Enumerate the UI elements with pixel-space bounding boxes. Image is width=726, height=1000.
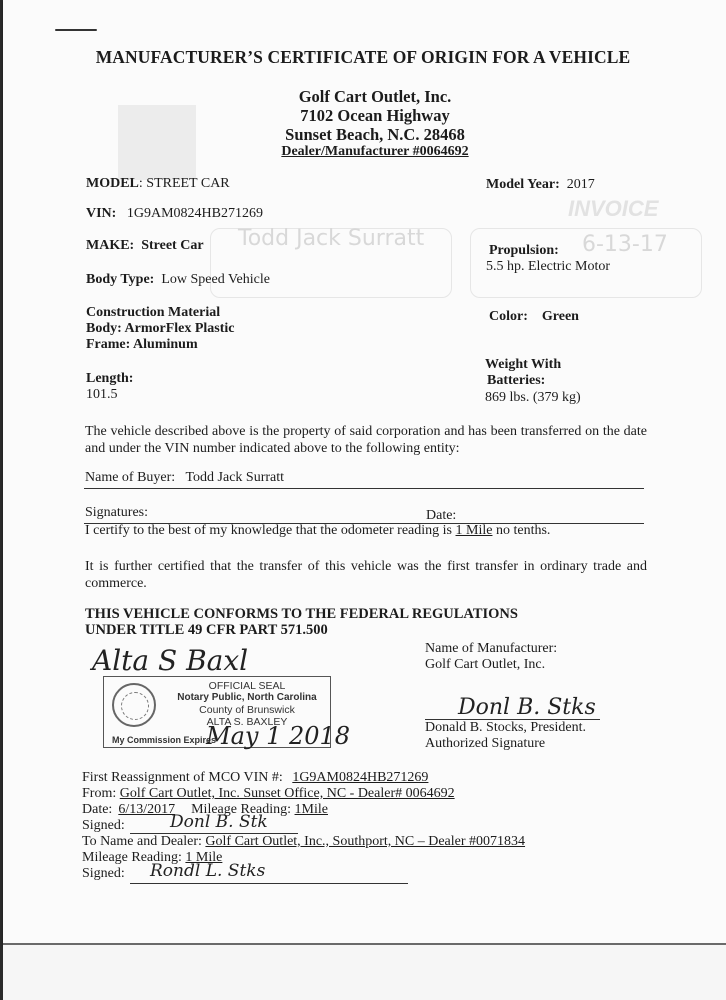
odometer-prefix: I certify to the best of my knowledge th… (85, 523, 452, 538)
body-type-value: Low Speed Vehicle (161, 272, 270, 287)
buyer-value: Todd Jack Surratt (185, 470, 284, 485)
vin-label: VIN: (86, 206, 116, 221)
reassignment-signed2-label: Signed: (82, 866, 125, 882)
reassignment-signed-label: Signed: (82, 818, 125, 834)
reassignment-from-label: From: (82, 786, 116, 801)
length-label: Length: (86, 371, 133, 387)
reassignment-from-field: From: Golf Cart Outlet, Inc. Sunset Offi… (82, 786, 455, 802)
reassignment-vin-value: 1G9AM0824HB271269 (286, 770, 523, 785)
frame-material: Frame: Aluminum (86, 337, 198, 353)
model-value: : STREET CAR (139, 176, 230, 191)
commission-label: My Commission Expires (112, 735, 216, 745)
reassignment-mileage-value: 1Mile (295, 802, 328, 817)
buyer-line (84, 488, 644, 489)
model-label: MODEL (86, 176, 139, 191)
commission-expiry: May 1 2018 (206, 722, 350, 750)
weight-label-line1: Weight With (485, 357, 561, 373)
date-label: Date: (426, 508, 456, 524)
conformity-line2: UNDER TITLE 49 CFR PART 571.500 (85, 622, 328, 639)
model-year-label: Model Year: (486, 177, 560, 192)
reassignment-date-label: Date: (82, 802, 112, 817)
reassignment-from-value: Golf Cart Outlet, Inc. Sunset Office, NC… (120, 786, 455, 801)
make-label: MAKE: (86, 238, 134, 253)
body-type-label: Body Type: (86, 272, 154, 287)
odometer-statement: I certify to the best of my knowledge th… (85, 523, 550, 539)
transfer-statement: The vehicle described above is the prope… (85, 423, 647, 457)
reassignment-to-field: To Name and Dealer: Golf Cart Outlet, In… (82, 834, 525, 850)
buyer-label: Name of Buyer: (85, 470, 175, 485)
seal-line2: Notary Public, North Carolina (164, 692, 330, 704)
length-value: 101.5 (86, 387, 118, 403)
company-name: Golf Cart Outlet, Inc. (0, 87, 726, 107)
company-address-line1: 7102 Ocean Highway (0, 106, 726, 126)
model-year-field: Model Year: 2017 (486, 177, 595, 193)
scan-background (3, 945, 726, 1000)
document-title: MANUFACTURER’S CERTIFICATE OF ORIGIN FOR… (0, 47, 726, 68)
odometer-value: 1 Mile (456, 523, 493, 538)
reassignment-vin-field: First Reassignment of MCO VIN #: 1G9AM08… (82, 770, 523, 786)
weight-value: 869 lbs. (379 kg) (485, 390, 581, 406)
reassignment-vin-label: First Reassignment of MCO VIN #: (82, 770, 283, 785)
signatures-label: Signatures: (85, 505, 148, 521)
odometer-suffix: no tenths. (496, 523, 550, 538)
seal-line1: OFFICIAL SEAL (164, 680, 330, 692)
propulsion-value: 5.5 hp. Electric Motor (486, 259, 610, 275)
conformity-line1: THIS VEHICLE CONFORMS TO THE FEDERAL REG… (85, 606, 518, 623)
weight-label-line2: Batteries: (487, 373, 545, 389)
make-field: MAKE: Street Car (86, 238, 204, 254)
state-seal-icon (112, 683, 156, 727)
buyer-field: Name of Buyer: Todd Jack Surratt (85, 470, 284, 486)
vin-value: 1G9AM0824HB271269 (127, 206, 263, 221)
body-material: Body: ArmorFlex Plastic (86, 321, 235, 337)
manufacturer-signer: Donald B. Stocks, President. (425, 720, 586, 736)
manufacturer-signer-title: Authorized Signature (425, 736, 545, 752)
company-address-line2: Sunset Beach, N.C. 28468 (0, 125, 726, 145)
first-transfer-statement: It is further certified that the transfe… (85, 558, 647, 592)
model-year-value: 2017 (567, 177, 595, 192)
reassignment-signed2-line (130, 883, 408, 884)
color-value: Green (542, 309, 579, 324)
body-type-field: Body Type: Low Speed Vehicle (86, 272, 270, 288)
reassignment-signature2: Rondl L. Stks (150, 861, 265, 881)
reassignment-signature: Donl B. Stk (170, 812, 268, 832)
pen-mark (55, 29, 97, 31)
model-field: MODEL: STREET CAR (86, 176, 230, 192)
dealer-number: Dealer/Manufacturer #0064692 (0, 144, 726, 160)
color-label: Color: (489, 309, 528, 324)
reassignment-to-value: Golf Cart Outlet, Inc., Southport, NC – … (205, 834, 525, 849)
make-value: Street Car (141, 238, 203, 253)
vin-field: VIN: 1G9AM0824HB271269 (86, 206, 263, 222)
propulsion-label: Propulsion: (489, 243, 559, 259)
construction-label: Construction Material (86, 305, 220, 321)
reassignment-to-label: To Name and Dealer: (82, 834, 202, 849)
notary-signature: Alta S Baxl (92, 644, 248, 677)
color-field: Color: Green (489, 309, 579, 325)
seal-line3: County of Brunswick (164, 704, 330, 716)
manufacturer-name-value: Golf Cart Outlet, Inc. (425, 657, 545, 673)
manufacturer-name-label: Name of Manufacturer: (425, 641, 557, 657)
manufacturer-signature: Donl B. Stks (458, 695, 596, 720)
